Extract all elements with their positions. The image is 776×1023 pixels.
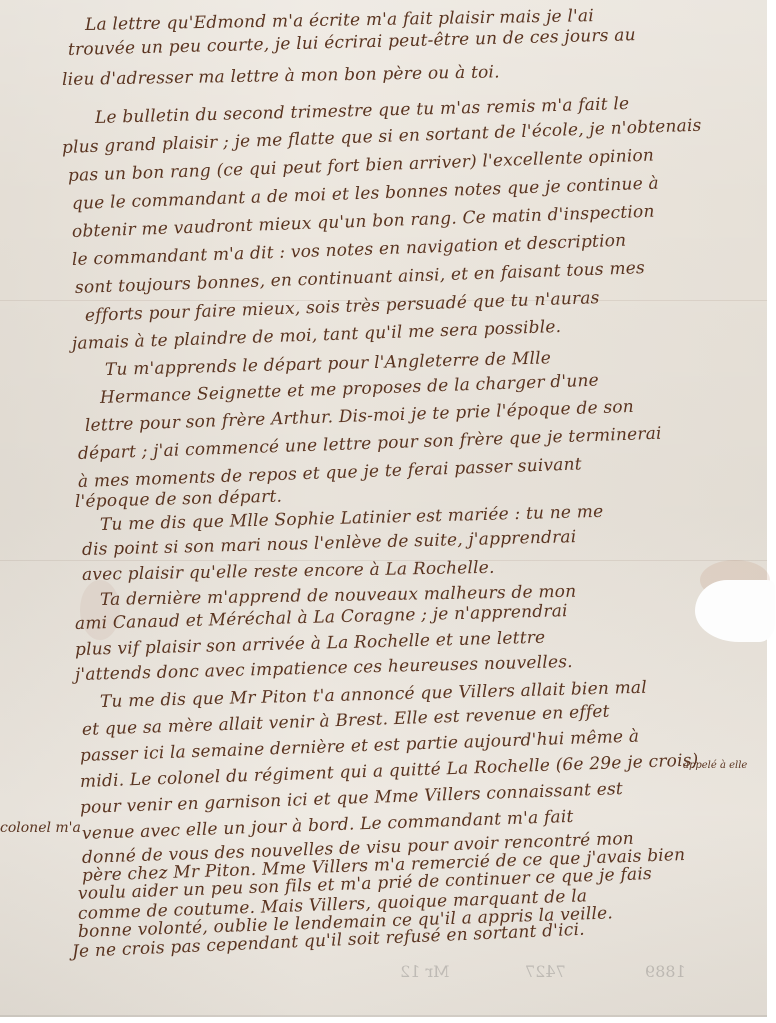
margin-note: colonel m'a	[0, 820, 81, 836]
letter-line: l'époque de son départ.	[75, 487, 283, 512]
interlinear-note: appelé à elle	[683, 760, 747, 771]
bleed-through-text: 1889	[645, 962, 686, 981]
letter-line: lieu d'adresser ma lettre à mon bon père…	[62, 62, 500, 90]
letter-line: avec plaisir qu'elle reste encore à La R…	[82, 558, 495, 585]
letter-page: La lettre qu'Edmond m'a écrite m'a fait …	[0, 0, 767, 1017]
bleed-through-text: Mr 12	[400, 962, 449, 981]
torn-hole	[695, 580, 775, 642]
bleed-through-text: 7427	[525, 962, 566, 981]
